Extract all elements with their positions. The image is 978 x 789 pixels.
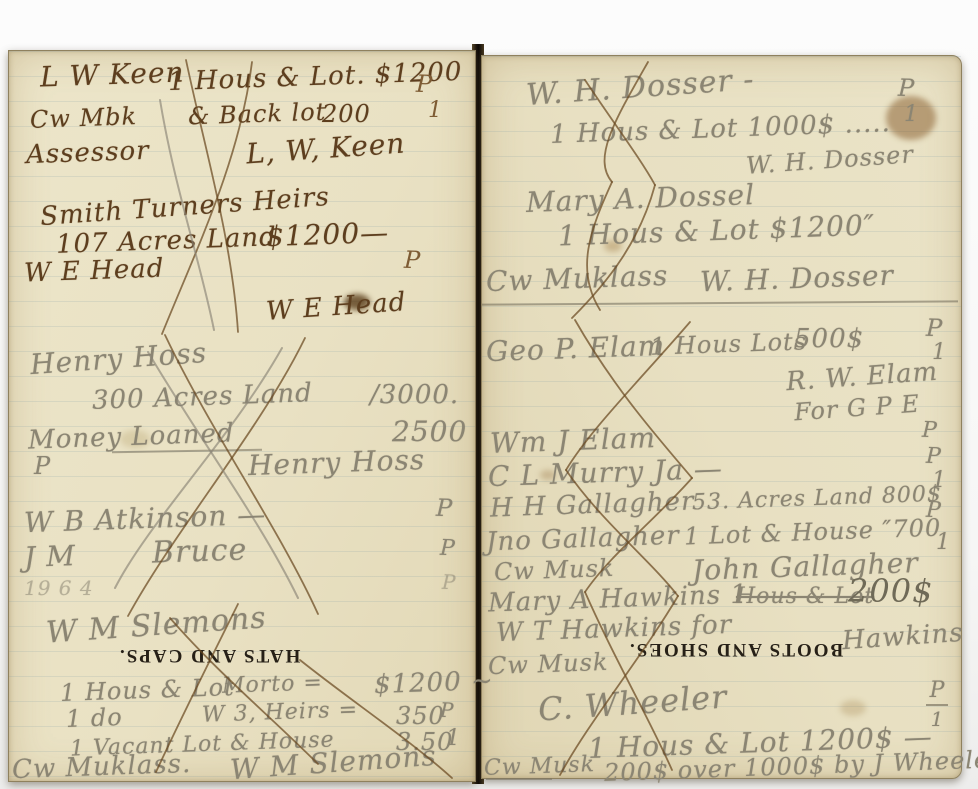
entry-smith-mark: P [404, 246, 422, 275]
entry-elam-item: 1 Hous Lots [650, 327, 808, 360]
entry-bruce-first: J M [23, 539, 76, 574]
fraction-bar [926, 704, 948, 706]
entry-slemons-amount1: $1200 ~ [374, 666, 495, 700]
entry-wheeler-by: Cw Musk [484, 752, 596, 781]
entry-dosser-mark-p: P [898, 74, 916, 103]
entry-keen-amount: 200 [322, 100, 371, 128]
entry-keen-name: L W Keen [39, 55, 185, 93]
entry-hoss-mark: P [34, 452, 51, 480]
entry-gallagher-by: Cw Musk [494, 554, 615, 586]
entry-elam-amount: 500$ [794, 324, 864, 354]
entry-keen-assessor: Assessor [26, 136, 151, 170]
entry-bruce-last: Bruce [151, 532, 247, 570]
entry-faint-line: 19 6 4 [24, 576, 94, 600]
entry-bruce-mark: P [440, 536, 457, 562]
entry-elam-mark-p: P [926, 314, 944, 343]
entry-faint-mark: P [442, 570, 457, 594]
foxing-spot [840, 700, 866, 716]
entry-hoss-signature: Henry Hoss [247, 443, 425, 482]
entry-slemons-amount2: 350 [396, 702, 445, 730]
entry-mary-signature: W. H. Dosser [699, 259, 894, 299]
entry-slemons-mark3: 1 [446, 726, 461, 751]
entry-wheeler-mark-p: P [930, 678, 945, 703]
entry-dosser-mark-1: 1 [904, 102, 919, 127]
entry-smith-amount: $1200— [265, 216, 389, 253]
entry-keen-by: Cw Mbk [30, 102, 138, 134]
entry-atkinson-mark: P [436, 494, 454, 523]
entry-elam-mark2: P [922, 418, 939, 444]
printed-header-boots-and-shoes: BOOTS AND SHOES. [628, 638, 843, 660]
entry-slemons-by: Cw Muklass. [12, 749, 192, 785]
entry-wmjelam-mark: P [926, 444, 943, 470]
entry-slemons-item1b: Morto = [222, 670, 324, 699]
entry-slemons-item2: 1 do [66, 703, 124, 733]
entry-keen-mark-p: P [416, 70, 434, 99]
entry-keen-backlot: & Back lot [188, 98, 327, 131]
entry-slemons-mark2: P [440, 698, 455, 722]
entry-hoss-amount: /3000. [370, 380, 459, 410]
entry-hawkins-by: Cw Musk [488, 648, 609, 680]
ledger-scan: L W Keen 1 Hous & Lot. $1200 P 1 Cw Mbk … [0, 0, 978, 789]
entry-mary-by: Cw Muklass [485, 259, 668, 298]
entry-elam-name: Geo P. Elam [485, 329, 665, 368]
entry-smith-owner: W E Head [24, 254, 165, 289]
printed-header-hats-and-caps: HATS AND CAPS. [118, 644, 300, 666]
entry-keen-mark-1: 1 [428, 98, 443, 123]
entry-hawkins-amount: 200$ [848, 572, 933, 610]
entry-jno-mark: 1 [936, 530, 951, 555]
